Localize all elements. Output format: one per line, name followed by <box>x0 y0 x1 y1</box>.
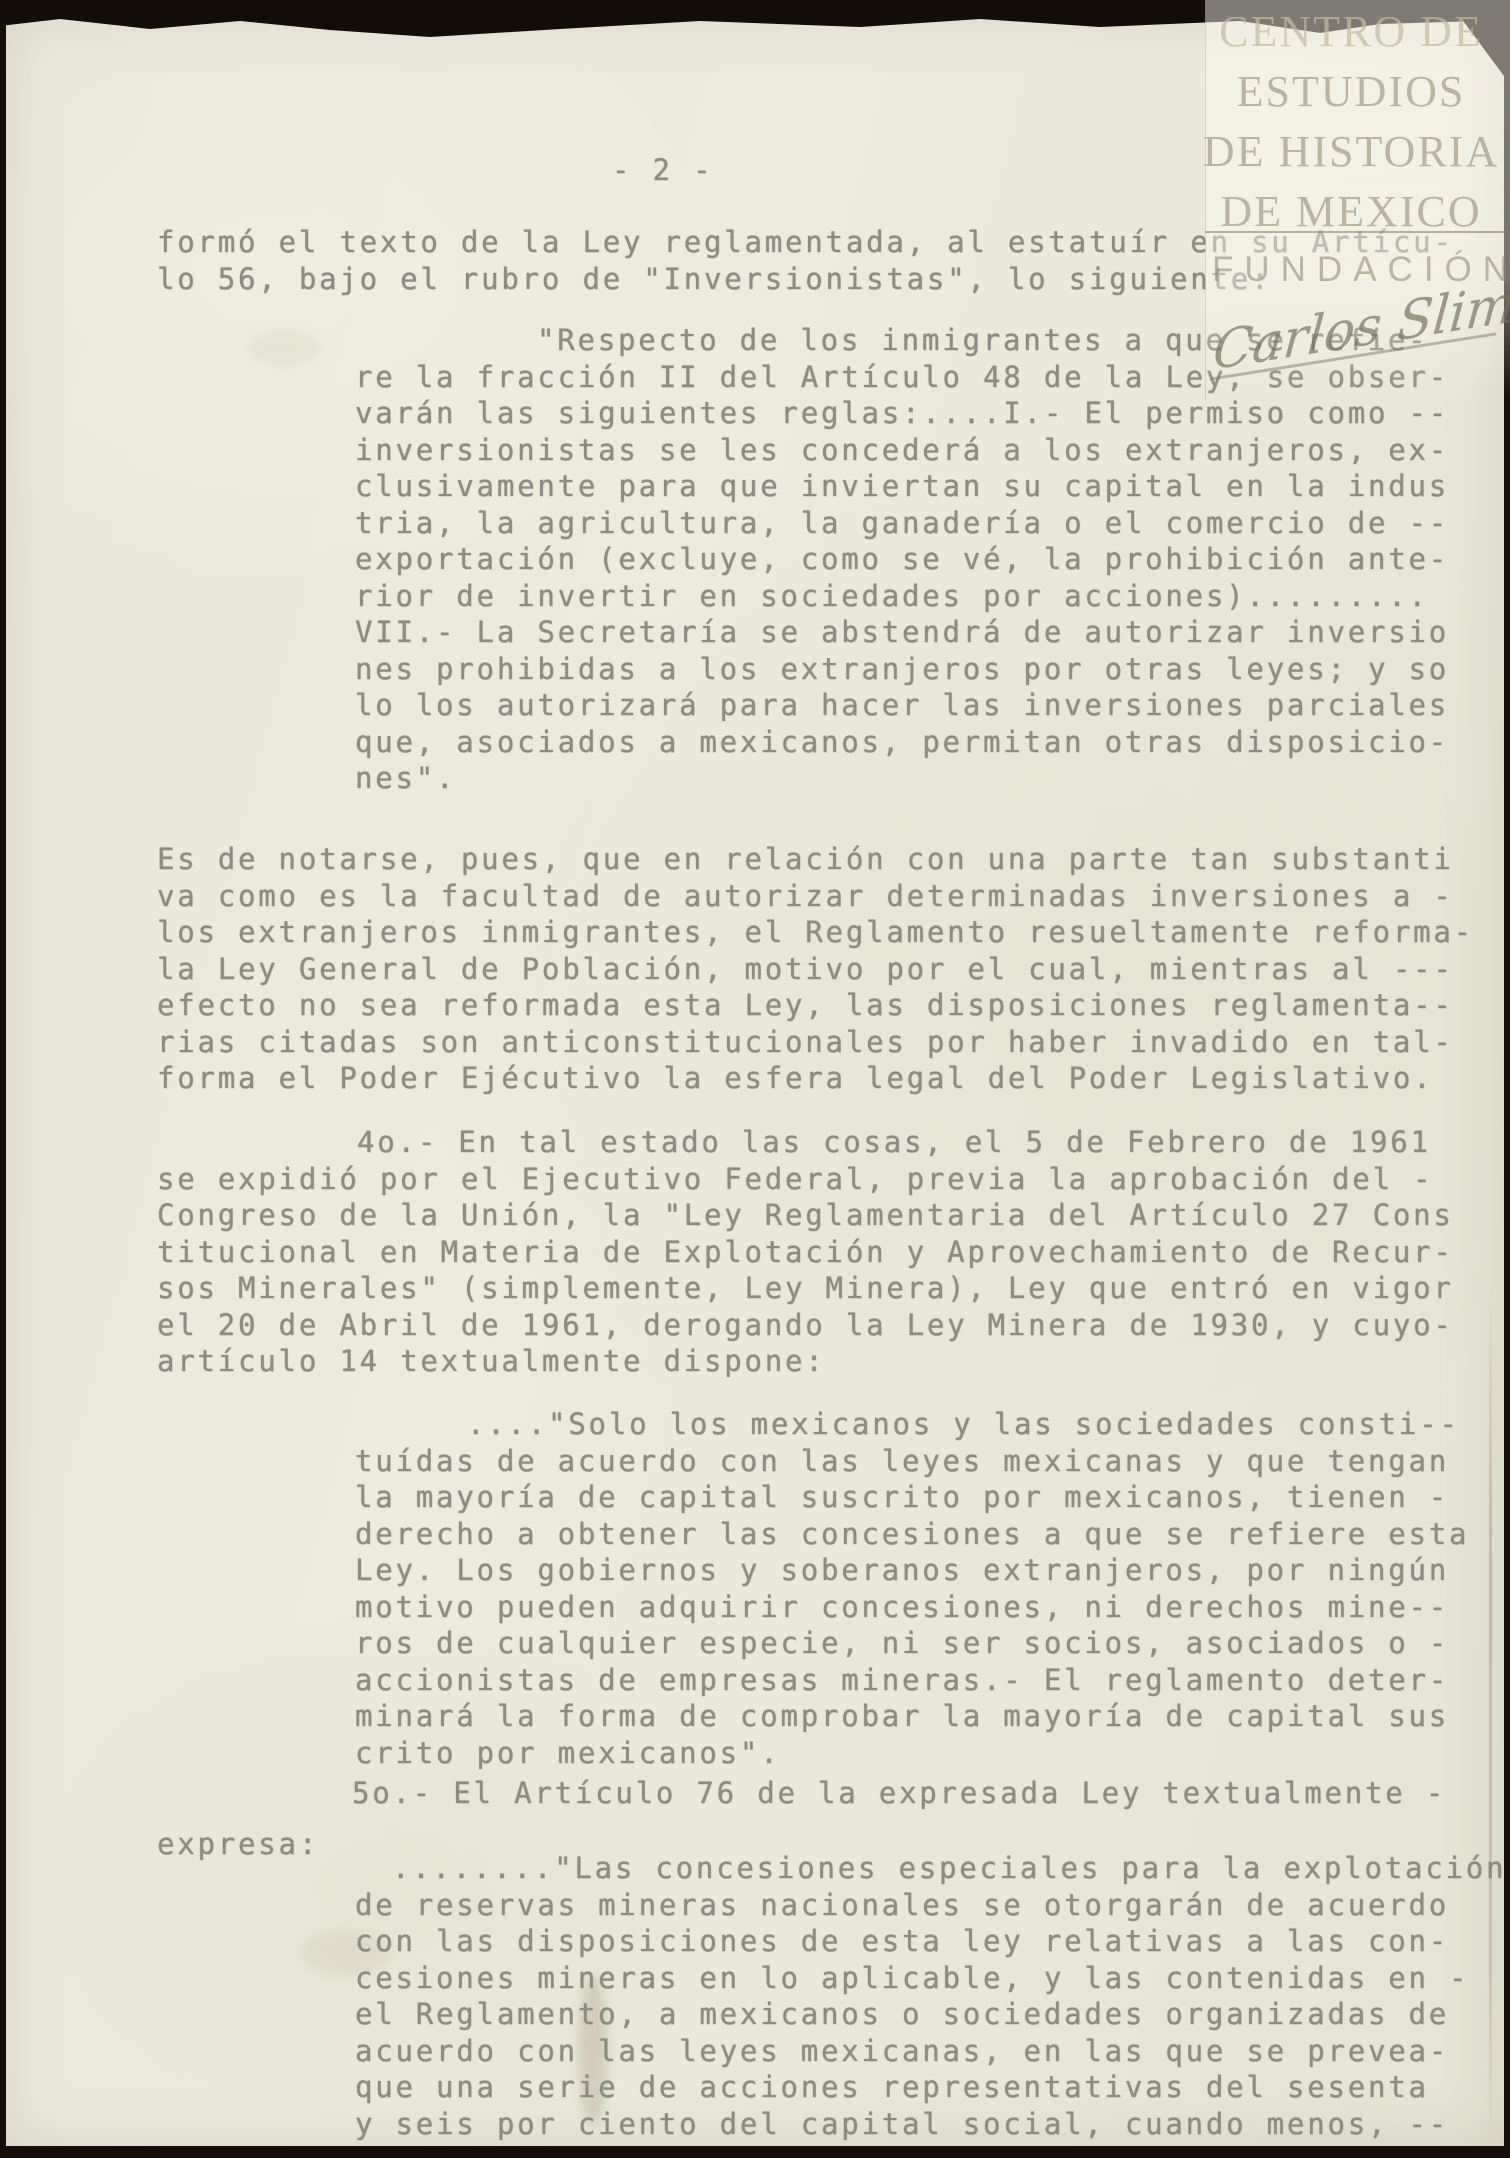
typed-line: sos Minerales" (simplemente, Ley Minera)… <box>157 1270 1454 1307</box>
paragraph-es-de-notarse: Es de notarse, pues, que en relación con… <box>157 841 1474 1097</box>
watermark-line: DE HISTORIA <box>1195 122 1507 182</box>
typed-line: minará la forma de comprobar la mayoría … <box>355 1698 1469 1735</box>
watermark-line: CENTRO DE <box>1195 2 1507 62</box>
typed-line: lo los autorizará para hacer las inversi… <box>355 687 1449 724</box>
typed-line: la mayoría de capital suscrito por mexic… <box>355 1479 1469 1516</box>
typed-line: el Reglamento, a mexicanos o sociedades … <box>355 1996 1506 2033</box>
typed-line: inversionistas se les concederá a los ex… <box>355 432 1449 469</box>
typed-line: ros de cualquier especie, ni ser socios,… <box>355 1625 1469 1662</box>
typed-line: de reservas mineras nacionales se otorga… <box>355 1887 1506 1924</box>
paper-smudge <box>250 330 320 366</box>
typed-line: acuerdo con las leyes mexicanas, en las … <box>355 2033 1506 2070</box>
watermark-institution: CENTRO DE ESTUDIOS DE HISTORIA DE MEXICO <box>1195 2 1507 242</box>
watermark-line: DE MEXICO <box>1195 182 1507 242</box>
typed-line: y seis por ciento del capital social, cu… <box>355 2106 1506 2143</box>
typed-line: artículo 14 textualmente dispone: <box>157 1343 1454 1380</box>
scanned-document: - 2 - formó el texto de la Ley reglament… <box>0 0 1510 2158</box>
typed-line: va como es la facultad de autorizar dete… <box>157 878 1474 915</box>
typed-line: nes". <box>355 760 1449 797</box>
typed-line: nes prohibidas a los extranjeros por otr… <box>355 651 1449 688</box>
typed-line: VII.- La Secretaría se abstendrá de auto… <box>355 614 1449 651</box>
typed-line: titucional en Materia de Explotación y A… <box>157 1234 1454 1271</box>
paragraph-5o-continuation: expresa: <box>157 1826 319 1863</box>
typed-line: cesiones mineras en lo aplicable, y las … <box>355 1960 1506 1997</box>
typed-line: que una serie de acciones representativa… <box>355 2069 1506 2106</box>
typed-line: efecto no sea reformada esta Ley, las di… <box>157 987 1474 1024</box>
typed-line: ...."Solo los mexicanos y las sociedades… <box>355 1406 1469 1443</box>
typed-line: clusivamente para que inviertan su capit… <box>355 468 1449 505</box>
blockquote-articulo-76: ........"Las concesiones especiales para… <box>355 1850 1506 2142</box>
typed-line: que, asociados a mexicanos, permitan otr… <box>355 724 1449 761</box>
watermark-line: ESTUDIOS <box>1195 62 1507 122</box>
typed-line: el 20 de Abril de 1961, derogando la Ley… <box>157 1307 1454 1344</box>
typed-line: Congreso de la Unión, la "Ley Reglamenta… <box>157 1197 1454 1234</box>
typed-line: 4o.- En tal estado las cosas, el 5 de Fe… <box>157 1124 1454 1161</box>
typed-line: ........"Las concesiones especiales para… <box>355 1850 1506 1887</box>
typed-line: tria, la agricultura, la ganadería o el … <box>355 505 1449 542</box>
blockquote-articulo-14: ...."Solo los mexicanos y las sociedades… <box>355 1406 1469 1771</box>
typed-line: rias citadas son anticonstitucionales po… <box>157 1024 1474 1061</box>
typed-line: derecho a obtener las concesiones a que … <box>355 1516 1469 1553</box>
typed-line: motivo pueden adquirir concesiones, ni d… <box>355 1589 1469 1626</box>
typed-line: tuídas de acuerdo con las leyes mexicana… <box>355 1443 1469 1480</box>
typed-line: rior de invertir en sociedades por accio… <box>355 578 1449 615</box>
watermark-rule <box>1205 231 1510 233</box>
paragraph-4o: 4o.- En tal estado las cosas, el 5 de Fe… <box>157 1124 1454 1380</box>
typed-line: Es de notarse, pues, que en relación con… <box>157 841 1474 878</box>
typed-line: crito por mexicanos". <box>355 1735 1469 1772</box>
typed-line: Ley. Los gobiernos y soberanos extranjer… <box>355 1552 1469 1589</box>
typed-line: se expidió por el Ejecutivo Federal, pre… <box>157 1161 1454 1198</box>
typed-line: los extranjeros inmigrantes, el Reglamen… <box>157 914 1474 951</box>
typed-line: exportación (excluye, como se vé, la pro… <box>355 541 1449 578</box>
paragraph-5o: 5o.- El Artículo 76 de la expresada Ley … <box>352 1775 1446 1812</box>
typed-line: accionistas de empresas mineras.- El reg… <box>355 1662 1469 1699</box>
typed-line: con las disposiciones de esta ley relati… <box>355 1923 1506 1960</box>
typed-line: la Ley General de Población, motivo por … <box>157 951 1474 988</box>
typed-line: forma el Poder Ejécutivo la esfera legal… <box>157 1060 1474 1097</box>
typed-line: varán las siguientes reglas:....I.- El p… <box>355 395 1449 432</box>
page-number: - 2 - <box>612 152 713 189</box>
